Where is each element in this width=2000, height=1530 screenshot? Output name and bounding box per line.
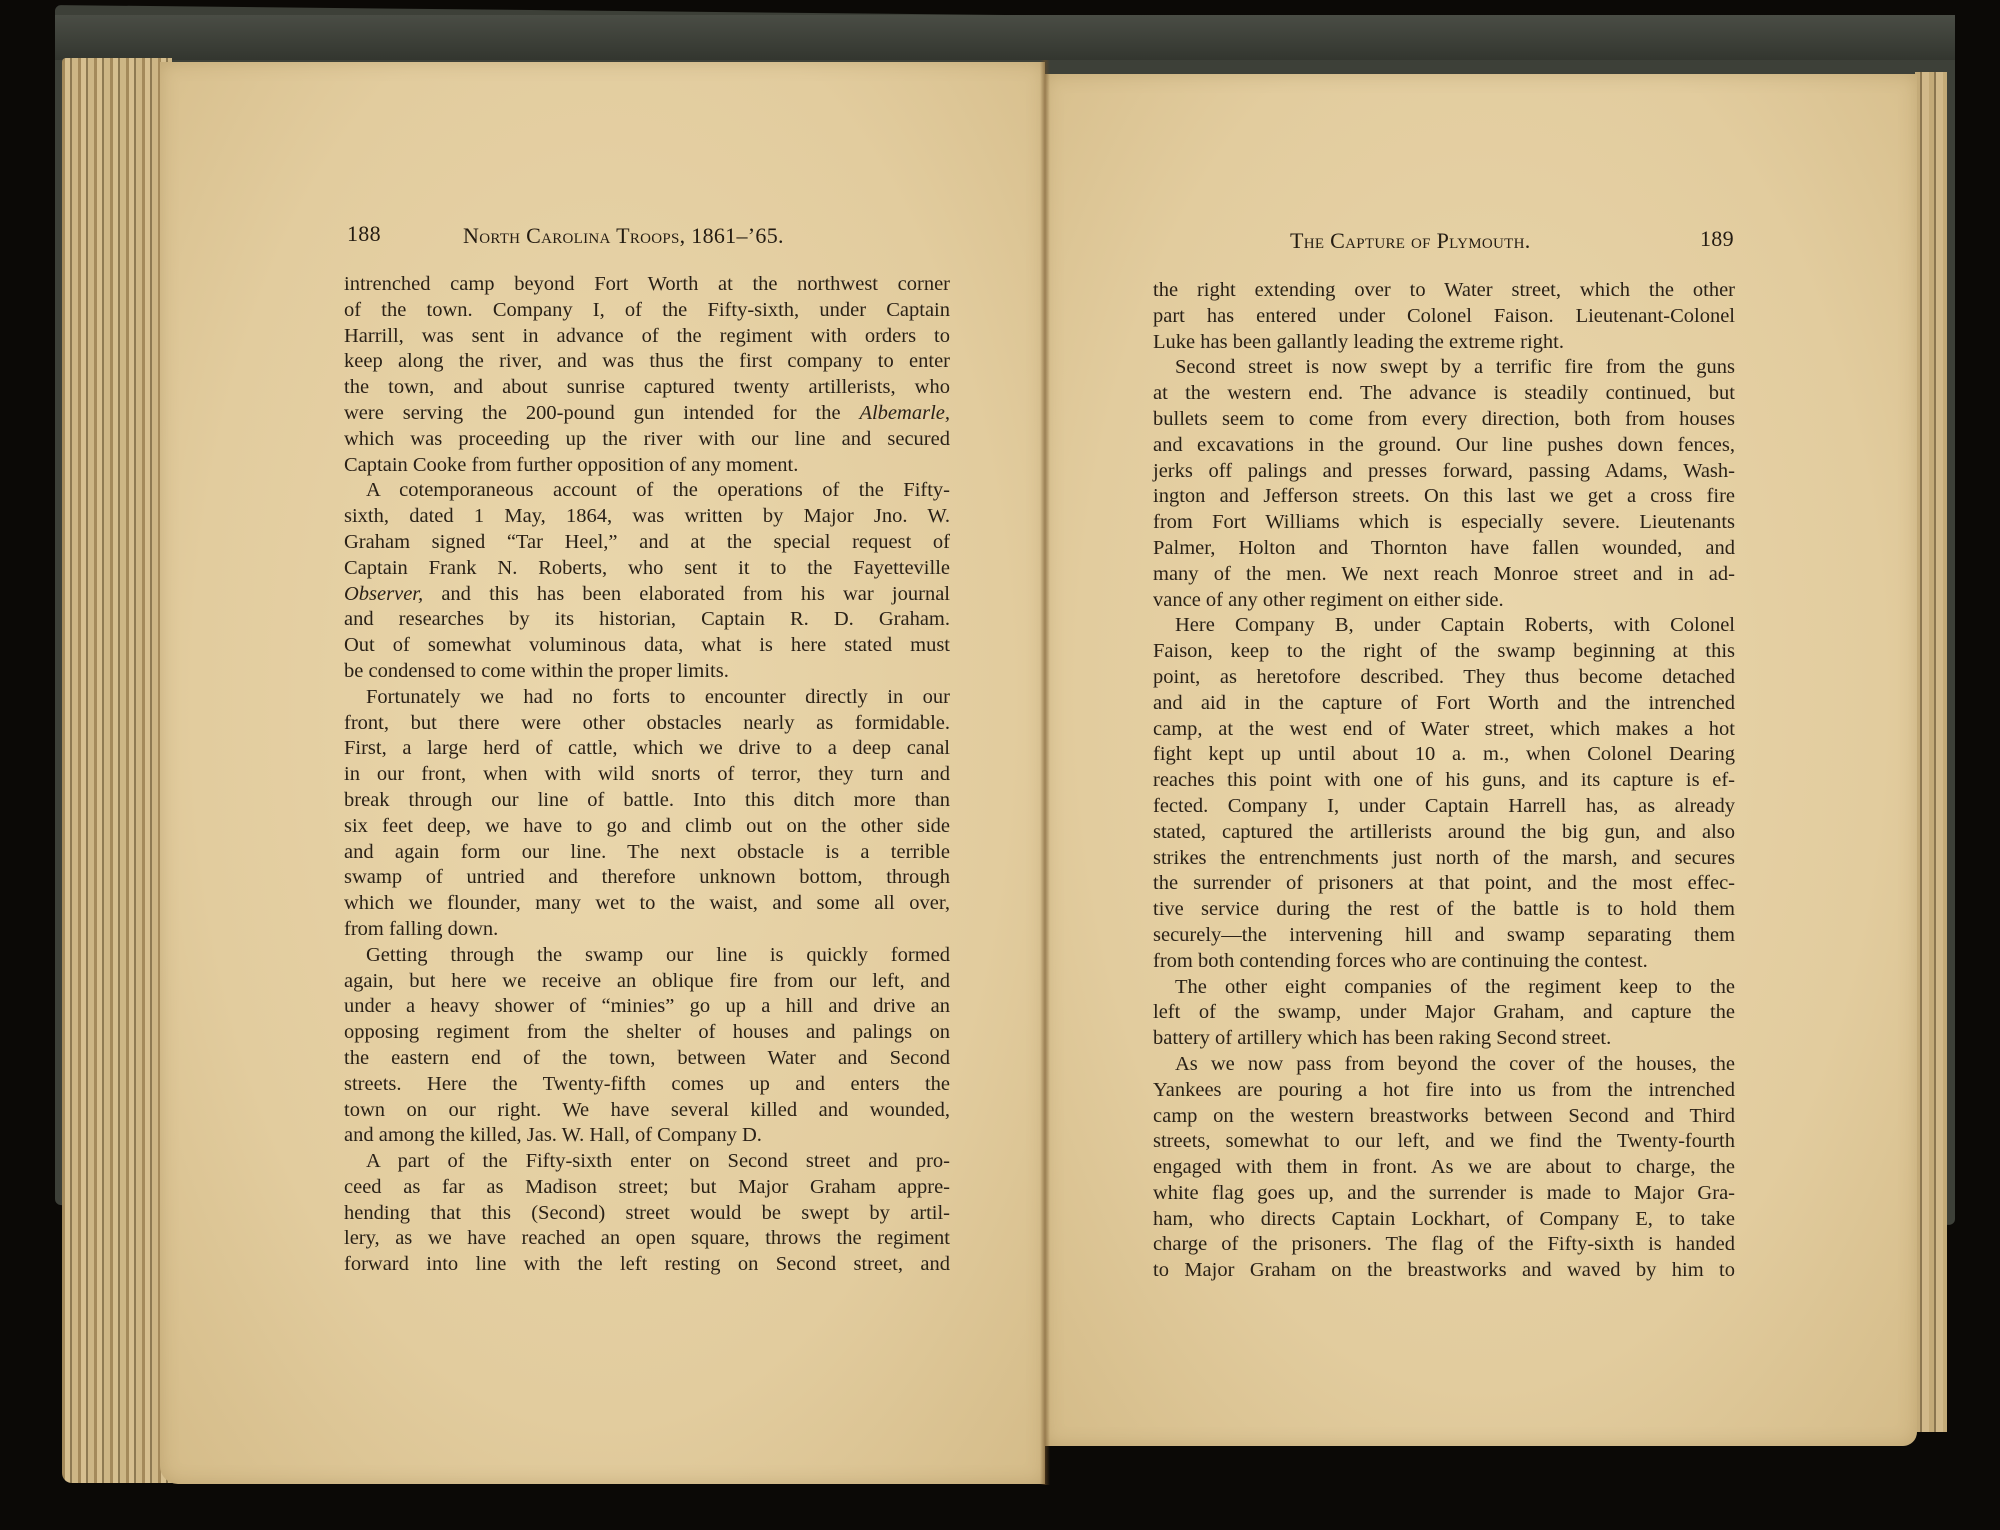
text-line: of the town. Company I, of the Fifty-six… [344, 298, 950, 324]
text-line: in our front, when with wild snorts of t… [344, 762, 950, 788]
text-line: town on our right. We have several kille… [344, 1098, 950, 1124]
paragraph: The other eight companies of the regimen… [1153, 975, 1735, 1052]
text-line: Observer, and this has been elaborated f… [344, 582, 950, 608]
text-line: at the western end. The advance is stead… [1153, 381, 1735, 407]
text-line: the eastern end of the town, between Wat… [344, 1046, 950, 1072]
text-line: front, but there were other obstacles ne… [344, 711, 950, 737]
text-line: and excavations in the ground. Our line … [1153, 433, 1735, 459]
paragraph: intrenched camp beyond Fort Worth at the… [344, 272, 950, 478]
text-line: The other eight companies of the regimen… [1153, 975, 1735, 1001]
text-line: Graham signed “Tar Heel,” and at the spe… [344, 530, 950, 556]
paragraph: Here Company B, under Captain Roberts, w… [1153, 613, 1735, 974]
text-line: white flag goes up, and the surrender is… [1153, 1181, 1735, 1207]
text-line: and researches by its historian, Captain… [344, 607, 950, 633]
text-line: As we now pass from beyond the cover of … [1153, 1052, 1735, 1078]
paragraph: A cotemporaneous account of the operatio… [344, 478, 950, 684]
text-line: which was proceeding up the river with o… [344, 427, 950, 453]
text-line: streets. Here the Twenty-fifth comes up … [344, 1072, 950, 1098]
right-page-body-text: the right extending over to Water street… [1153, 278, 1735, 1284]
text-line: Faison, keep to the right of the swamp b… [1153, 639, 1735, 665]
text-line: Palmer, Holton and Thornton have fallen … [1153, 536, 1735, 562]
text-line: many of the men. We next reach Monroe st… [1153, 562, 1735, 588]
paragraph: the right extending over to Water street… [1153, 278, 1735, 355]
left-page-body-text: intrenched camp beyond Fort Worth at the… [344, 272, 950, 1278]
text-line: six feet deep, we have to go and climb o… [344, 814, 950, 840]
page-stack-left-edge [62, 58, 172, 1483]
text-line: Fortunately we had no forts to encounter… [344, 685, 950, 711]
paragraph: Second street is now swept by a terrific… [1153, 355, 1735, 613]
text-line: engaged with them in front. As we are ab… [1153, 1155, 1735, 1181]
book-gutter [1040, 60, 1050, 1485]
text-line: Yankees are pouring a hot fire into us f… [1153, 1078, 1735, 1104]
text-line: from Fort Williams which is especially s… [1153, 510, 1735, 536]
book-cover-top-edge [55, 15, 1955, 60]
text-line: securely—the intervening hill and swamp … [1153, 923, 1735, 949]
text-line: sixth, dated 1 May, 1864, was written by… [344, 504, 950, 530]
text-line: Luke has been gallantly leading the extr… [1153, 330, 1735, 356]
text-line: A cotemporaneous account of the operatio… [344, 478, 950, 504]
text-line: camp, at the west end of Water street, w… [1153, 717, 1735, 743]
text-line: left of the swamp, under Major Graham, a… [1153, 1000, 1735, 1026]
text-line: Second street is now swept by a terrific… [1153, 355, 1735, 381]
text-line: under a heavy shower of “minies” go up a… [344, 994, 950, 1020]
text-line: point, as heretofore described. They thu… [1153, 665, 1735, 691]
text-line: part has entered under Colonel Faison. L… [1153, 304, 1735, 330]
text-line: reaches this point with one of his guns,… [1153, 768, 1735, 794]
text-line: Captain Frank N. Roberts, who sent it to… [344, 556, 950, 582]
left-page-number: 188 [347, 221, 381, 247]
left-running-title: North Carolina Troops, 1861–’65. [463, 223, 784, 249]
text-line: lery, as we have reached an open square,… [344, 1226, 950, 1252]
paragraph: Fortunately we had no forts to encounter… [344, 685, 950, 943]
right-running-title: The Capture of Plymouth. [1290, 228, 1531, 254]
text-line: jerks off palings and presses forward, p… [1153, 459, 1735, 485]
text-line: tive service during the rest of the batt… [1153, 897, 1735, 923]
text-line: which we flounder, many wet to the waist… [344, 891, 950, 917]
text-line: to Major Graham on the breastworks and w… [1153, 1258, 1735, 1284]
text-line: camp on the western breastworks between … [1153, 1104, 1735, 1130]
text-line: fight kept up until about 10 a. m., when… [1153, 742, 1735, 768]
text-line: the surrender of prisoners at that point… [1153, 871, 1735, 897]
text-line: charge of the prisoners. The flag of the… [1153, 1232, 1735, 1258]
text-line: Captain Cooke from further opposition of… [344, 453, 950, 479]
text-line: Out of somewhat voluminous data, what is… [344, 633, 950, 659]
text-line: intrenched camp beyond Fort Worth at the… [344, 272, 950, 298]
text-line: were serving the 200-pound gun intended … [344, 401, 950, 427]
text-line: First, a large herd of cattle, which we … [344, 736, 950, 762]
text-line: vance of any other regiment on either si… [1153, 588, 1735, 614]
text-line: stated, captured the artillerists around… [1153, 820, 1735, 846]
page-stack-right-edge [1915, 72, 1947, 1432]
text-line: strikes the entrenchments just north of … [1153, 846, 1735, 872]
text-line: break through our line of battle. Into t… [344, 788, 950, 814]
paragraph: As we now pass from beyond the cover of … [1153, 1052, 1735, 1284]
text-line: battery of artillery which has been raki… [1153, 1026, 1735, 1052]
text-line: hending that this (Second) street would … [344, 1201, 950, 1227]
text-line: opposing regiment from the shelter of ho… [344, 1020, 950, 1046]
text-line: streets, somewhat to our left, and we fi… [1153, 1129, 1735, 1155]
text-line: and among the killed, Jas. W. Hall, of C… [344, 1123, 950, 1149]
text-line: bullets seem to come from every directio… [1153, 407, 1735, 433]
text-line: forward into line with the left resting … [344, 1252, 950, 1278]
text-line: ington and Jefferson streets. On this la… [1153, 484, 1735, 510]
text-line: Harrill, was sent in advance of the regi… [344, 324, 950, 350]
text-line: be condensed to come within the proper l… [344, 659, 950, 685]
text-line: A part of the Fifty-sixth enter on Secon… [344, 1149, 950, 1175]
text-line: and again form our line. The next obstac… [344, 840, 950, 866]
text-line: from falling down. [344, 917, 950, 943]
right-page-number: 189 [1700, 226, 1734, 252]
paragraph: Getting through the swamp our line is qu… [344, 943, 950, 1149]
text-line: from both contending forces who are cont… [1153, 949, 1735, 975]
text-line: and aid in the capture of Fort Worth and… [1153, 691, 1735, 717]
text-line: the town, and about sunrise captured twe… [344, 375, 950, 401]
text-line: ceed as far as Madison street; but Major… [344, 1175, 950, 1201]
text-line: ham, who directs Captain Lockhart, of Co… [1153, 1207, 1735, 1233]
text-line: again, but here we receive an oblique fi… [344, 969, 950, 995]
text-line: swamp of untried and therefore unknown b… [344, 865, 950, 891]
text-line: Here Company B, under Captain Roberts, w… [1153, 613, 1735, 639]
paragraph: A part of the Fifty-sixth enter on Secon… [344, 1149, 950, 1278]
text-line: fected. Company I, under Captain Harrell… [1153, 794, 1735, 820]
text-line: the right extending over to Water street… [1153, 278, 1735, 304]
text-line: Getting through the swamp our line is qu… [344, 943, 950, 969]
text-line: keep along the river, and was thus the f… [344, 349, 950, 375]
